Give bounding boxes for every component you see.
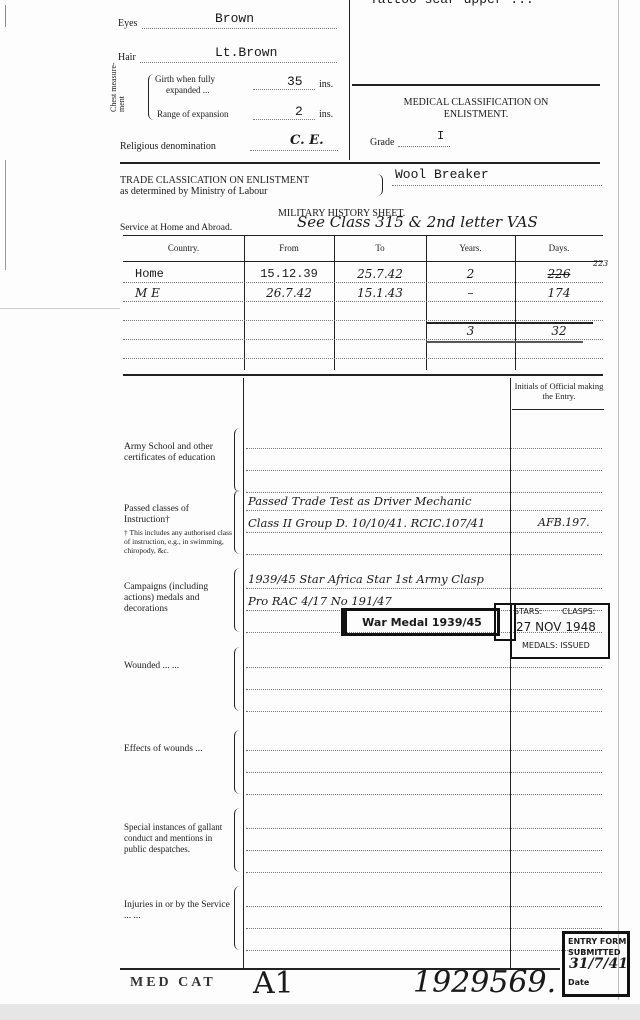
row-dotted-line <box>123 282 603 283</box>
cell-years: 3 <box>426 324 515 338</box>
cell-years: – <box>426 286 515 300</box>
entry-line <box>246 667 602 668</box>
edge-mark <box>5 160 6 270</box>
row-dotted-line <box>123 301 603 302</box>
issued-date: 27 NOV 1948 <box>516 620 596 634</box>
section-rule <box>120 162 600 164</box>
medical-top-rule <box>352 84 600 86</box>
cell-to: 15.1.43 <box>334 286 426 300</box>
row-dotted-line <box>123 339 603 340</box>
history-bottom-rule <box>123 374 603 376</box>
grade-field <box>398 146 450 147</box>
girth-field <box>253 89 315 90</box>
entry-form-stamp: ENTRY FORM SUBMITTED 31/7/41 Date <box>562 931 630 997</box>
entry-line <box>246 588 602 589</box>
entry-line <box>246 750 602 751</box>
entry-line <box>246 850 602 851</box>
entry-text: Class II Group D. 10/10/41. RCIC.107/41 <box>248 516 510 530</box>
hair-value: Lt.Brown <box>215 45 277 60</box>
service-label: Service at Home and Abroad. <box>120 223 232 233</box>
cell-to: 25.7.42 <box>334 267 426 281</box>
section-label: Wounded ... ... <box>124 661 230 672</box>
cell-days: 174 <box>515 286 603 300</box>
entry-line <box>246 872 602 873</box>
service-note: See Class 315 & 2nd letter VAS <box>297 213 538 231</box>
eyes-label: Eyes <box>118 18 137 29</box>
table-header-rule <box>123 261 603 262</box>
girth-unit: ins. <box>319 79 333 90</box>
trade-field <box>392 185 602 186</box>
entry-line <box>246 928 602 929</box>
girth-label-2: expanded ... <box>166 85 209 95</box>
clipped-text: Tattoo scar upper ... <box>370 0 534 7</box>
entry-text: Pro RAC 4/17 No 191/47 <box>248 594 510 608</box>
days-correction: 223 <box>593 259 608 268</box>
range-unit: ins. <box>319 109 333 120</box>
section-footnote: † This includes any authorised class of … <box>124 528 232 555</box>
initials-header: Initials of Official making the Entry. <box>514 381 604 401</box>
eyes-field <box>142 28 337 29</box>
entry-line <box>246 772 602 773</box>
section-label: Injuries in or by the Service ... ... <box>124 900 230 922</box>
section-brace <box>234 568 240 632</box>
entry-line <box>246 554 602 555</box>
entry-line <box>246 794 602 795</box>
table-row: Home15.12.3925.7.422226223 <box>123 267 603 286</box>
records-divider-right <box>510 378 511 968</box>
entry-form-line-1: ENTRY FORM <box>568 937 626 946</box>
row-dotted-line <box>123 320 603 321</box>
section-brace <box>234 428 240 492</box>
religion-field <box>250 150 338 151</box>
entry-line <box>246 510 602 511</box>
entry-text: 1939/45 Star Africa Star 1st Army Clasp <box>248 572 510 586</box>
stars-label: STARS: <box>514 607 542 616</box>
fold-line <box>0 308 120 309</box>
entry-line <box>246 492 602 493</box>
edge-mark <box>5 5 6 27</box>
trade-label-1: TRADE CLASSICATION ON ENLISTMENT <box>120 175 309 186</box>
entry-line <box>246 906 602 907</box>
total-double-rule <box>426 341 583 343</box>
trade-label-2: as determined by Ministry of Labour <box>120 186 267 197</box>
initials-header-rule <box>512 409 604 410</box>
section-brace <box>234 647 240 711</box>
table-header-cell: Years. <box>426 243 515 253</box>
cell-days: 226 <box>515 267 603 281</box>
cell-years: 2 <box>426 267 515 281</box>
war-medal-stamp: War Medal 1939/45 <box>341 608 500 636</box>
cell-from: 15.12.39 <box>244 267 334 281</box>
table-header-cell: From <box>244 243 334 253</box>
religion-value: C. E. <box>290 133 324 148</box>
range-field <box>253 119 315 120</box>
med-cat-label: MED CAT <box>130 975 216 991</box>
entry-form-date-label: Date <box>568 978 589 987</box>
page-edge <box>618 0 619 1000</box>
table-header-cell: Country. <box>123 243 244 253</box>
table-row <box>123 343 603 362</box>
entry-line <box>246 689 602 690</box>
medical-heading-2: ENLISTMENT. <box>352 109 600 121</box>
entry-line <box>246 711 602 712</box>
cell-days: 32 <box>515 324 603 338</box>
entry-text: Passed Trade Test as Driver Mechanic <box>248 494 510 508</box>
entry-line <box>246 448 602 449</box>
section-label: Passed classes of Instruction† <box>124 504 230 526</box>
section-label: Army School and other certificates of ed… <box>124 442 230 464</box>
range-label: Range of expansion <box>157 109 228 119</box>
cell-country: M E <box>135 286 244 300</box>
range-value: 2 <box>295 104 303 119</box>
hair-field <box>140 62 337 63</box>
row-dotted-line <box>123 358 603 359</box>
chest-label: Chest measure-ment <box>110 52 126 112</box>
section-brace <box>234 490 240 554</box>
section-brace <box>234 808 240 872</box>
grade-label: Grade <box>370 137 394 148</box>
table-top-rule <box>123 235 603 236</box>
clasps-label: CLASPS: <box>562 607 595 616</box>
history-table: Country.FromToYears.Days.Home15.12.3925.… <box>123 235 603 370</box>
section-label: Special instances of gallant conduct and… <box>124 822 230 855</box>
entry-line <box>246 950 602 951</box>
entry-initials: AFB.197. <box>538 516 590 529</box>
table-header-cell: To <box>334 243 426 253</box>
table-header-cell: Days. <box>515 243 603 253</box>
cell-country: Home <box>135 267 244 281</box>
medals-issued-stamp: STARS: CLASPS: 27 NOV 1948 MEDALS: ISSUE… <box>510 603 610 659</box>
table-row: M E26.7.4215.1.43–174 <box>123 286 603 305</box>
entry-line <box>246 532 602 533</box>
entry-line <box>246 828 602 829</box>
girth-label-1: Girth when fully <box>155 74 215 84</box>
entry-form-signature: 31/7/41 <box>569 956 628 972</box>
top-divider <box>349 0 350 160</box>
service-number: 1929569. <box>413 965 556 1000</box>
trade-brace <box>377 174 383 196</box>
cell-from: 26.7.42 <box>244 286 334 300</box>
entry-line <box>246 470 602 471</box>
medical-heading-1: MEDICAL CLASSIFICATION ON <box>352 97 600 109</box>
section-label: Effects of wounds ... <box>124 744 230 755</box>
eyes-value: Brown <box>215 11 254 26</box>
med-cat-value: A1 <box>253 966 294 1001</box>
trade-value: Wool Breaker <box>395 167 489 182</box>
section-brace <box>234 730 240 794</box>
total-rule <box>426 322 593 324</box>
grade-value: I <box>437 129 444 143</box>
medals-issued-label: MEDALS: ISSUED <box>522 641 590 650</box>
religion-label: Religious denomination <box>120 141 216 152</box>
medical-heading: MEDICAL CLASSIFICATION ON ENLISTMENT. <box>352 97 600 121</box>
section-label: Campaigns (including actions) medals and… <box>124 582 230 615</box>
section-brace <box>234 886 240 950</box>
records-divider-left <box>243 378 244 968</box>
page-bottom-edge <box>0 1004 640 1020</box>
chest-brace <box>148 74 154 120</box>
girth-value: 35 <box>287 74 303 89</box>
